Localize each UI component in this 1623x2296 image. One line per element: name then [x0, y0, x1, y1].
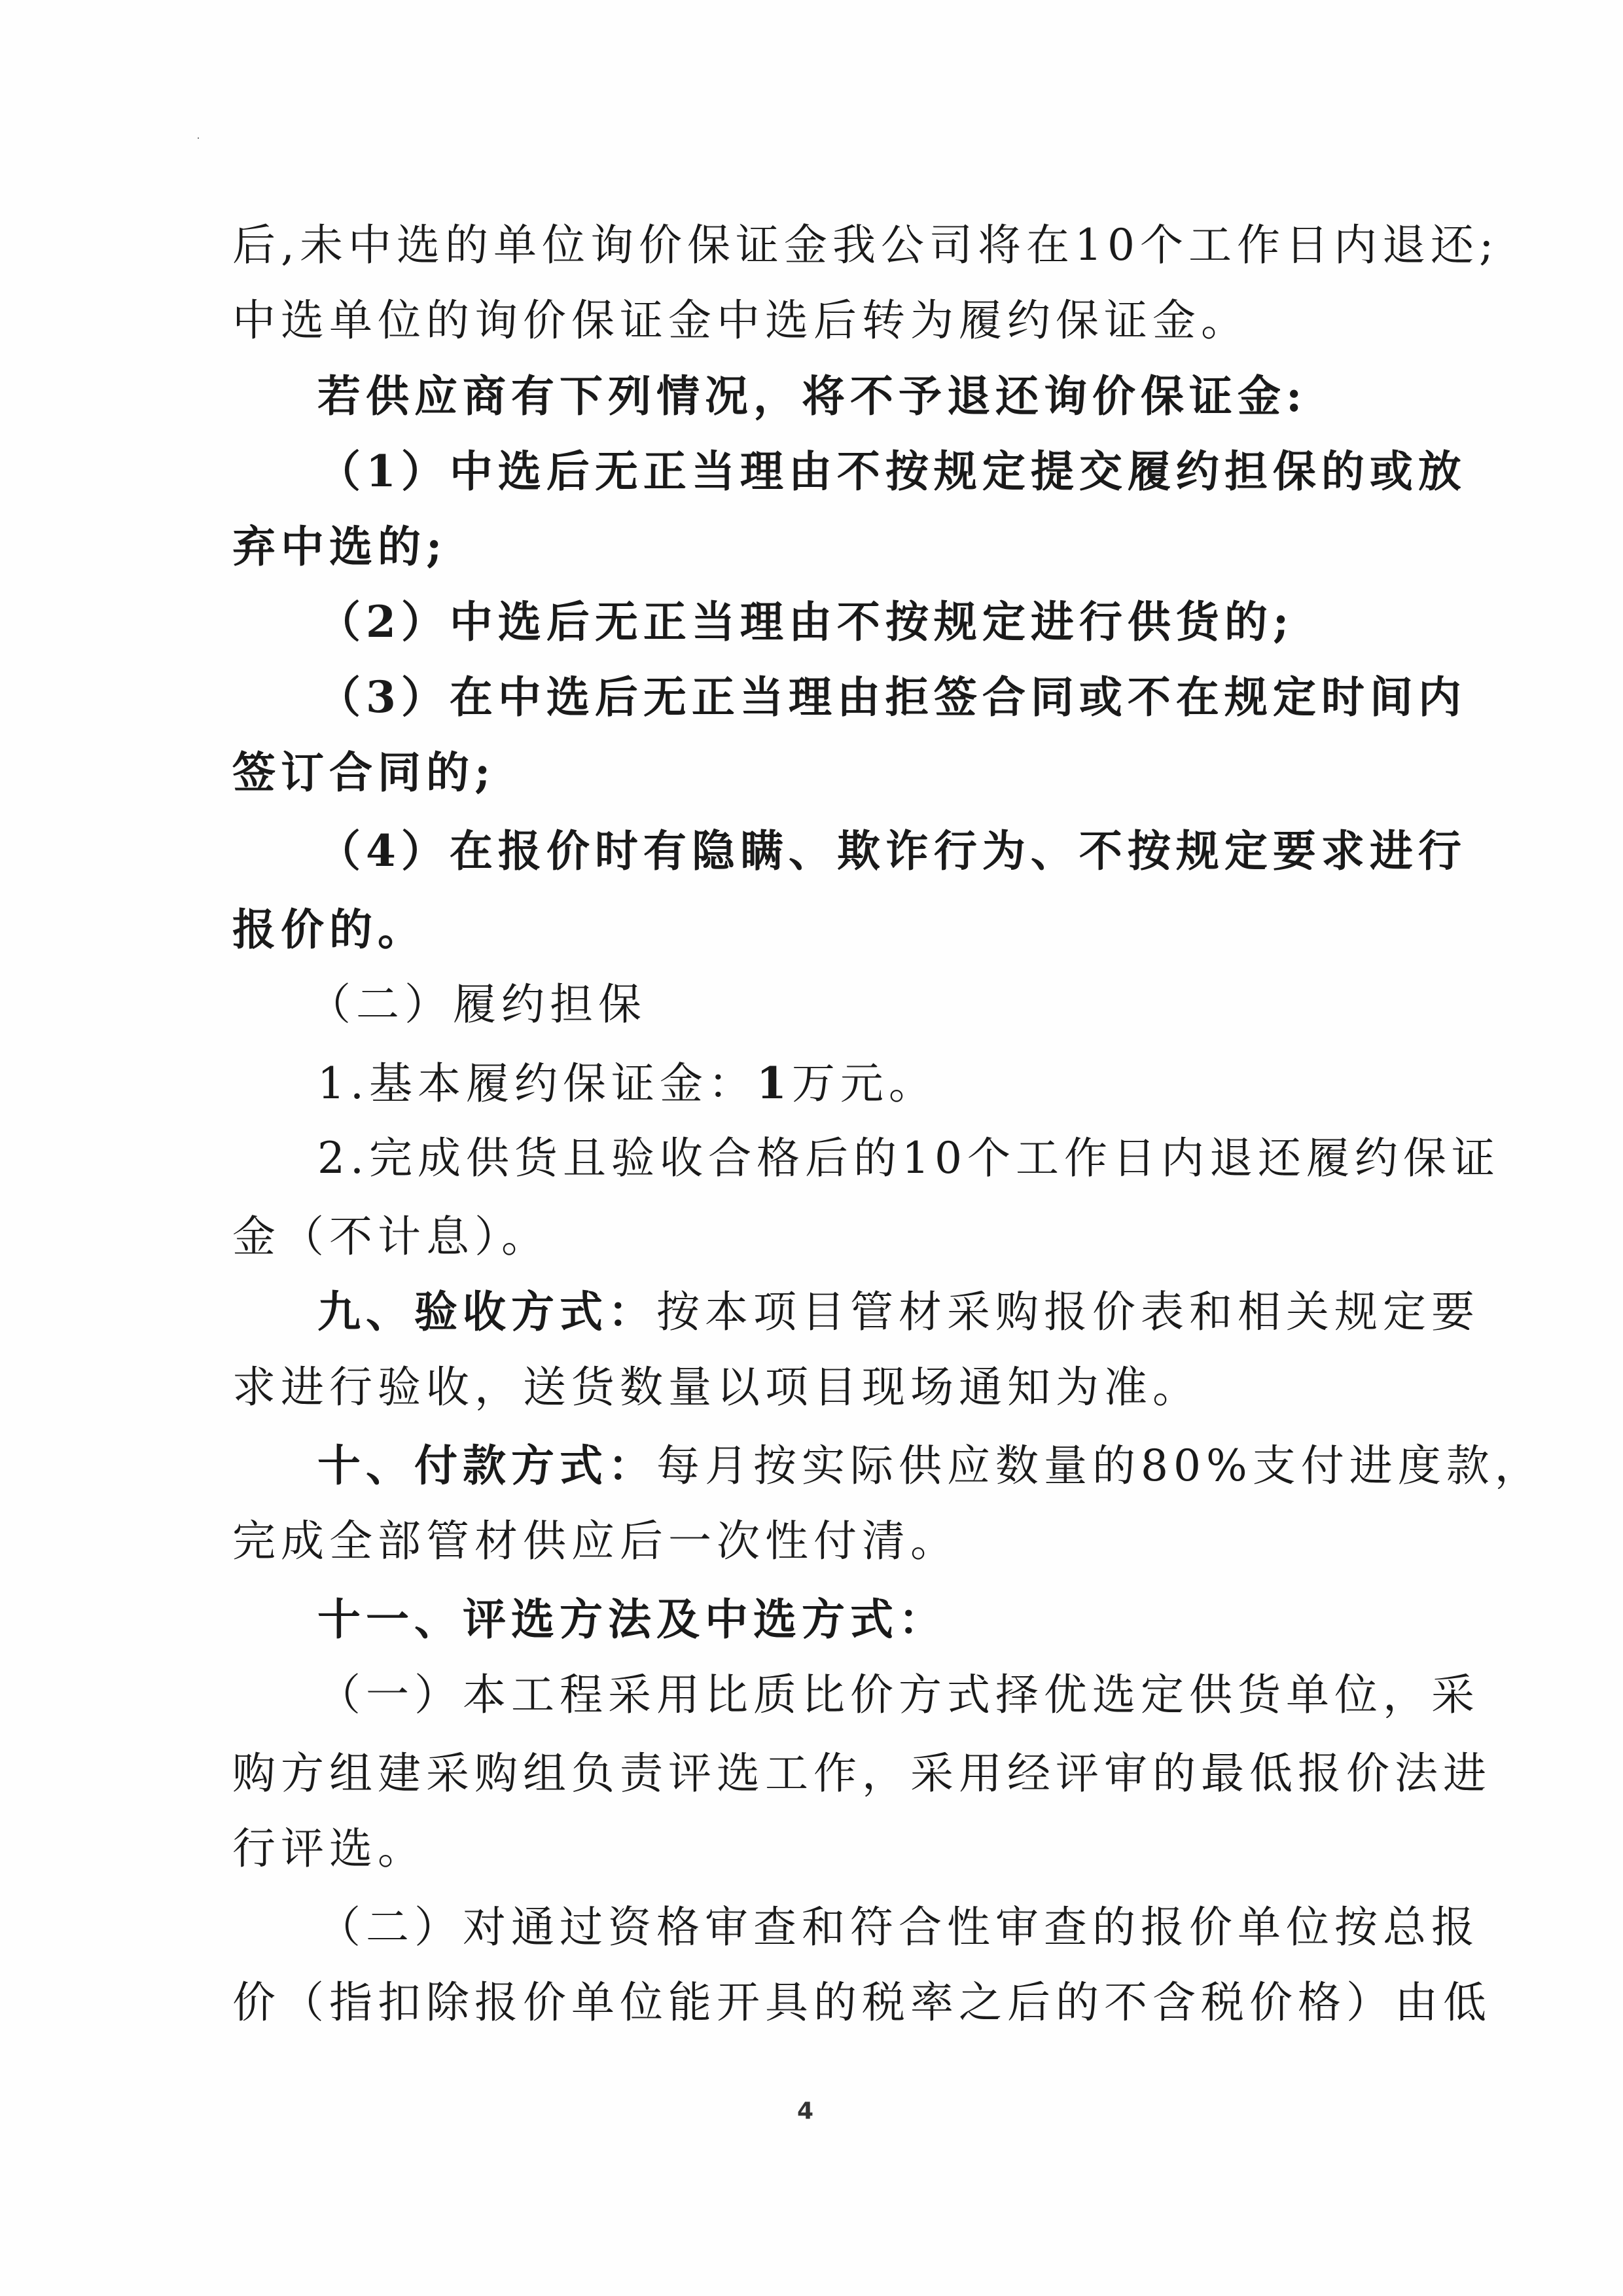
line-text: 若供应商有下列情况，将不予退还询价保证金:: [317, 370, 1307, 422]
line-text: 每月按实际供应数量的80%支付进度款，: [656, 1441, 1543, 1491]
line-text: 价（指扣除报价单位能开具的税率之后的不含税价格）由低: [232, 1977, 1491, 2028]
line-text: 购方组建采购组负责评选工作，采用经评审的最低报价法进: [232, 1748, 1491, 1799]
basic-deposit-line: 1.基本履约保证金：1万元。: [317, 1050, 1364, 1116]
condition-item-2: （2）中选后无正当理由不按规定进行供货的;: [317, 589, 1364, 655]
condition-item-1-cont: 弃中选的;: [232, 514, 1364, 579]
line-text: 完成全部管材供应后一次性付清。: [232, 1516, 959, 1566]
section-heading: 九、验收方式：: [317, 1287, 656, 1337]
line-text: （二）对通过资格审查和符合性审查的报价单位按总报: [317, 1902, 1480, 1952]
condition-item-3: （3）在中选后无正当理由拒签合同或不在规定时间内: [317, 664, 1364, 730]
line-text: 按本项目管材采购报价表和相关规定要: [656, 1287, 1480, 1337]
paragraph-line: 后,未中选的单位询价保证金我公司将在10个工作日内退还;: [232, 213, 1364, 278]
section-9-acceptance: 九、验收方式：按本项目管材采购报价表和相关规定要: [317, 1280, 1364, 1345]
page-number: 4: [797, 2098, 813, 2125]
refund-deposit-line-cont: 金（不计息）。: [232, 1204, 1364, 1270]
line-text: （二）履约担保: [308, 979, 647, 1030]
scan-speck: [198, 137, 199, 139]
deposit-amount: 1: [757, 1058, 792, 1109]
forfeit-conditions-intro: 若供应商有下列情况，将不予退还询价保证金:: [317, 363, 1364, 429]
refund-deposit-line: 2.完成供货且验收合格后的10个工作日内退还履约保证: [317, 1126, 1364, 1191]
line-text: （3）在中选后无正当理由拒签合同或不在规定时间内: [317, 672, 1467, 723]
evaluation-item-1: （一）本工程采用比质比价方式择优选定供货单位，采: [317, 1662, 1364, 1728]
paragraph-line: 中选单位的询价保证金中选后转为履约保证金。: [232, 288, 1364, 353]
section-heading: 十一、评选方法及中选方式：: [317, 1594, 947, 1645]
section-10-payment: 十、付款方式：每月按实际供应数量的80%支付进度款，: [317, 1433, 1364, 1499]
evaluation-item-1-cont: 购方组建采购组负责评选工作，采用经评审的最低报价法进: [232, 1741, 1364, 1806]
line-text: 1.基本履约保证金：: [317, 1058, 757, 1109]
evaluation-item-2-cont: 价（指扣除报价单位能开具的税率之后的不含税价格）由低: [232, 1970, 1364, 2036]
line-text: 中选单位的询价保证金中选后转为履约保证金。: [232, 295, 1249, 346]
condition-item-4: （4）在报价时有隐瞒、欺诈行为、不按规定要求进行: [317, 818, 1364, 884]
line-text: （2）中选后无正当理由不按规定进行供货的;: [317, 596, 1294, 647]
line-text: （4）在报价时有隐瞒、欺诈行为、不按规定要求进行: [317, 825, 1467, 876]
line-text: 金（不计息）。: [232, 1211, 550, 1262]
line-text: 万元。: [792, 1058, 937, 1109]
condition-item-4-cont: 报价的。: [232, 897, 1364, 962]
section-9-cont: 求进行验收，送货数量以项目现场通知为准。: [232, 1355, 1364, 1420]
line-text: 行评选。: [232, 1823, 426, 1874]
condition-item-1: （1）中选后无正当理由不按规定提交履约担保的或放: [317, 439, 1364, 504]
evaluation-item-2: （二）对通过资格审查和符合性审查的报价单位按总报: [317, 1895, 1364, 1960]
line-text: 后,未中选的单位询价保证金我公司将在10个工作日内退还;: [232, 220, 1499, 270]
document-page: 后,未中选的单位询价保证金我公司将在10个工作日内退还; 中选单位的询价保证金中…: [0, 0, 1623, 2296]
evaluation-item-1-cont2: 行评选。: [232, 1816, 1364, 1882]
line-text: 报价的。: [232, 904, 426, 955]
line-text: 弃中选的;: [232, 521, 447, 572]
line-text: （1）中选后无正当理由不按规定提交履约担保的或放: [317, 446, 1467, 497]
section-11-heading: 十一、评选方法及中选方式：: [317, 1587, 1364, 1653]
section-heading: 十、付款方式：: [317, 1441, 656, 1491]
line-text: 求进行验收，送货数量以项目现场通知为准。: [232, 1362, 1201, 1412]
condition-item-3-cont: 签订合同的;: [232, 740, 1364, 805]
line-text: （一）本工程采用比质比价方式择优选定供货单位，采: [317, 1670, 1480, 1720]
line-text: 2.完成供货且验收合格后的10个工作日内退还履约保证: [317, 1133, 1500, 1183]
section-10-cont: 完成全部管材供应后一次性付清。: [232, 1509, 1364, 1574]
subsection-performance-guarantee: （二）履约担保: [308, 972, 1364, 1037]
line-text: 签订合同的;: [232, 747, 495, 798]
